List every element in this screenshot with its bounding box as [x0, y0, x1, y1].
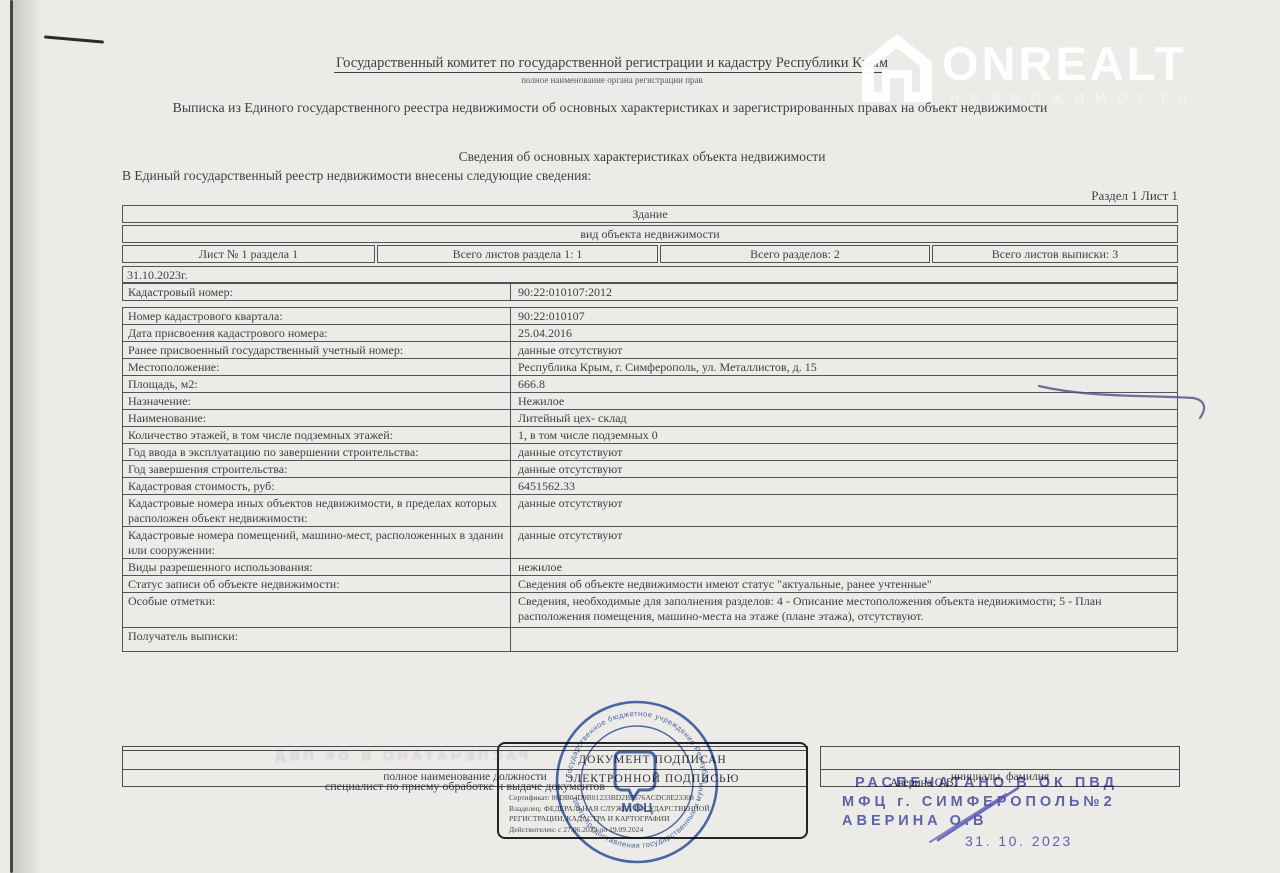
table-row: Кадастровый номер: 90:22:010107:2012	[122, 283, 1178, 301]
mfc-center-text: МФЦ	[621, 800, 653, 815]
row-label: Номер кадастрового квартала:	[123, 308, 511, 324]
mfc-round-stamp: Государственное бюджетное учреждение Рес…	[549, 696, 725, 868]
table-row: Местоположение: Республика Крым, г. Симф…	[122, 358, 1178, 376]
table-row: Дата присвоения кадастрового номера: 25.…	[122, 324, 1178, 342]
row-label: Ранее присвоенный государственный учетны…	[123, 342, 511, 358]
object-kind-note-cell: вид объекта недвижимости	[122, 225, 1178, 243]
page-edge-shadow	[13, 0, 43, 873]
row-label: Количество этажей, в том числе подземных…	[123, 427, 511, 443]
table-row: Кадастровая стоимость, руб: 6451562.33	[122, 477, 1178, 495]
object-info-table: Здание вид объекта недвижимости Лист № 1…	[122, 205, 1178, 652]
table-row: Виды разрешенного использования: нежилое	[122, 558, 1178, 576]
sheets-total-cell: Всего листов раздела 1: 1	[377, 245, 658, 263]
row-label: Виды разрешенного использования:	[123, 559, 511, 575]
row-label: Кадастровые номера помещений, машино-мес…	[123, 527, 511, 558]
row-label: Год завершения строительства:	[123, 461, 511, 477]
row-label: Наименование:	[123, 410, 511, 426]
house-icon	[858, 32, 936, 104]
table-row: Номер кадастрового квартала: 90:22:01010…	[122, 307, 1178, 325]
onrealt-tagline: НЕДВИЖИМОСТЬ	[950, 90, 1197, 106]
row-value	[511, 628, 1177, 651]
table-row: Количество этажей, в том числе подземных…	[122, 426, 1178, 444]
row-label: Назначение:	[123, 393, 511, 409]
table-row: Получатель выписки:	[122, 627, 1178, 652]
row-value: 90:22:010107	[511, 308, 1177, 324]
row-label: Особые отметки:	[123, 593, 511, 627]
row-value: 25.04.2016	[511, 325, 1177, 341]
intro-line: В Единый государственный реестр недвижим…	[122, 168, 591, 184]
pen-swoosh-mark	[1035, 378, 1220, 428]
row-label: Год ввода в эксплуатацию по завершении с…	[123, 444, 511, 460]
scanned-document-page: Государственный комитет по государственн…	[0, 0, 1280, 873]
mfc-ring-text-top: Государственное бюджетное учреждение Рес…	[549, 696, 710, 784]
row-value: данные отсутствуют	[511, 444, 1177, 460]
row-label: Площадь, м2:	[123, 376, 511, 392]
sheet-number-cell: Лист № 1 раздела 1	[122, 245, 375, 263]
table-row: Статус записи об объекте недвижимости: С…	[122, 575, 1178, 593]
sections-total-cell: Всего разделов: 2	[660, 245, 930, 263]
table-row: Наименование: Литейный цех- склад	[122, 409, 1178, 427]
table-row: Год ввода в эксплуатацию по завершении с…	[122, 443, 1178, 461]
table-row: Кадастровые номера помещений, машино-мес…	[122, 526, 1178, 559]
row-value: данные отсутствуют	[511, 461, 1177, 477]
row-label: Местоположение:	[123, 359, 511, 375]
table-row: Кадастровые номера иных объектов недвижи…	[122, 494, 1178, 527]
signature-rule	[821, 769, 1179, 770]
table-row: Площадь, м2: 666.8	[122, 375, 1178, 393]
row-value: Республика Крым, г. Симферополь, ул. Мет…	[511, 359, 1177, 375]
section-title: Сведения об основных характеристиках объ…	[122, 149, 1162, 165]
registration-authority-text: Государственный комитет по государственн…	[334, 55, 890, 73]
row-value: 1, в том числе подземных 0	[511, 427, 1177, 443]
row-value: Сведения, необходимые для заполнения раз…	[511, 593, 1177, 627]
onrealt-watermark: ONREALT НЕДВИЖИМОСТЬ	[858, 30, 1258, 115]
section-page-label: Раздел 1 Лист 1	[878, 188, 1178, 204]
extract-date-cell: 31.10.2023г.	[122, 266, 1178, 283]
date-stamp: 31. 10. 2023	[965, 833, 1073, 849]
table-row: Особые отметки: Сведения, необходимые дл…	[122, 592, 1178, 628]
row-label: Дата присвоения кадастрового номера:	[123, 325, 511, 341]
row-label: Получатель выписки:	[123, 628, 511, 651]
row-label: Статус записи об объекте недвижимости:	[123, 576, 511, 592]
table-row: Год завершения строительства: данные отс…	[122, 460, 1178, 478]
extract-sheets-cell: Всего листов выписки: 3	[932, 245, 1178, 263]
row-value: 6451562.33	[511, 478, 1177, 494]
table-row: Ранее присвоенный государственный учетны…	[122, 341, 1178, 359]
row-value: данные отсутствуют	[511, 342, 1177, 358]
row-label: Кадастровый номер:	[123, 284, 511, 300]
object-kind-cell: Здание	[122, 205, 1178, 223]
row-value: данные отсутствуют	[511, 495, 1177, 526]
row-value: данные отсутствуют	[511, 527, 1177, 558]
svg-text:Государственное бюджетное учре: Государственное бюджетное учреждение Рес…	[549, 696, 710, 784]
sheet-header-row: Лист № 1 раздела 1 Всего листов раздела …	[122, 245, 1178, 263]
mfc-logo-bubble	[615, 752, 655, 799]
row-label: Кадастровые номера иных объектов недвижи…	[123, 495, 511, 526]
table-row: Назначение: Нежилое	[122, 392, 1178, 410]
pen-mark-top-left	[44, 35, 104, 43]
row-value: 90:22:010107:2012	[511, 284, 1177, 300]
onrealt-brand-text: ONREALT	[942, 36, 1187, 91]
row-value: нежилое	[511, 559, 1177, 575]
row-label: Кадастровая стоимость, руб:	[123, 478, 511, 494]
row-value: Сведения об объекте недвижимости имеют с…	[511, 576, 1177, 592]
